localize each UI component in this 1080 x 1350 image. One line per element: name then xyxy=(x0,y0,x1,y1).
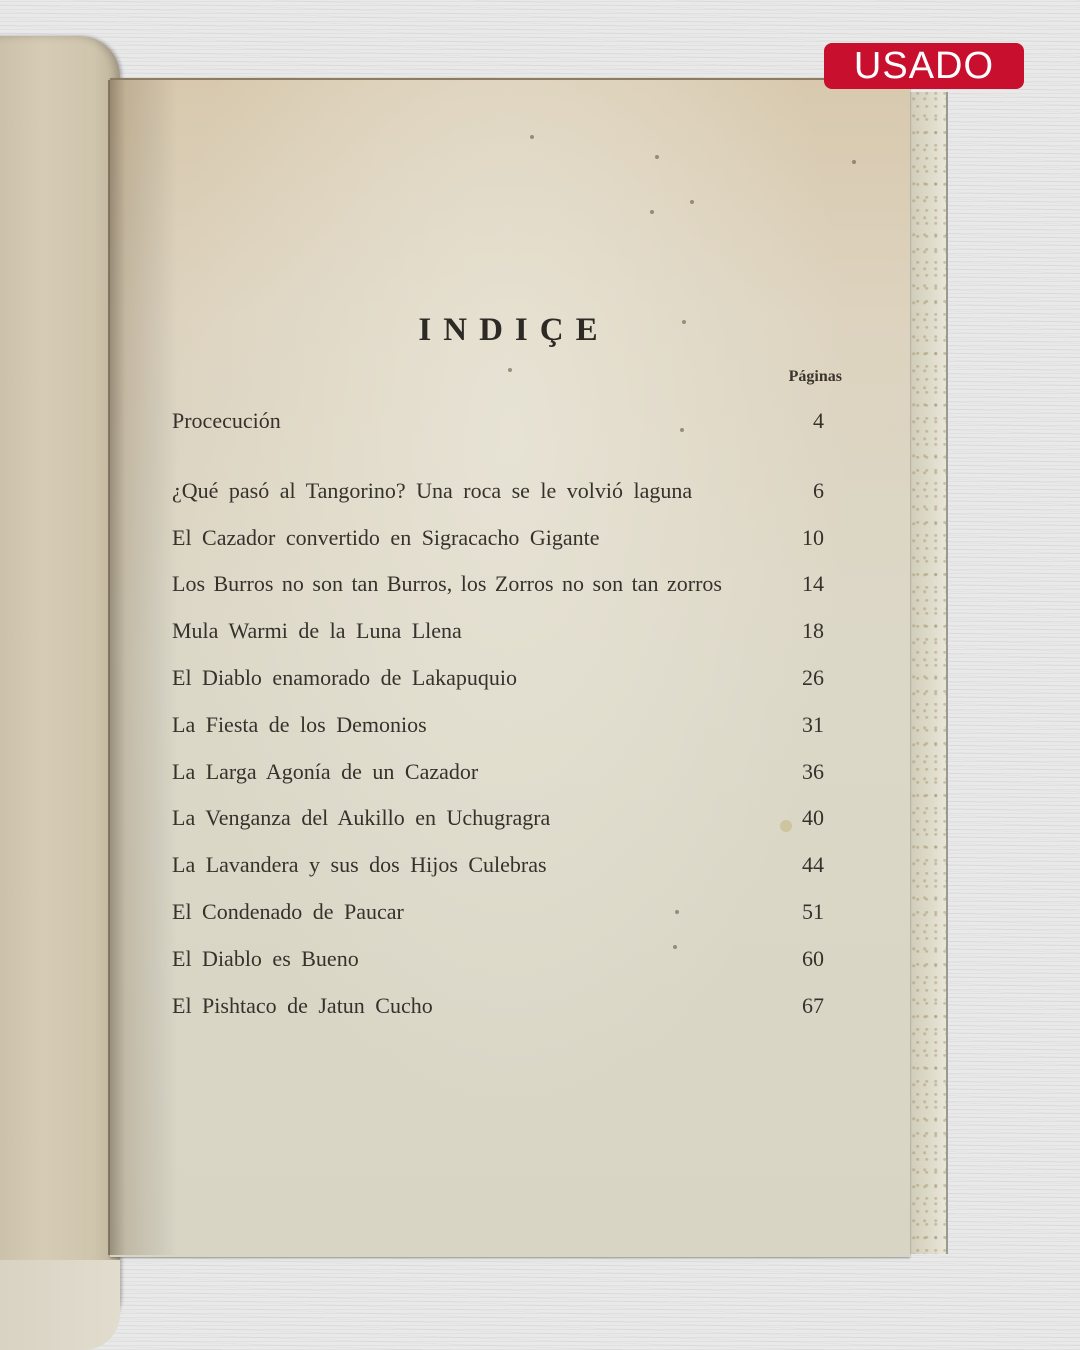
toc-entry-page: 51 xyxy=(802,899,824,925)
toc-entry: La Lavandera y sus dos Hijos Culebras 44 xyxy=(172,852,824,882)
toc-entry: La Venganza del Aukillo en Uchugragra 40 xyxy=(172,805,824,835)
toc-entry-title: La Larga Agonía de un Cazador xyxy=(172,759,478,785)
paper-speck xyxy=(673,945,677,949)
paper-speck xyxy=(508,368,512,372)
toc-entry-title: ¿Qué pasó al Tangorino? Una roca se le v… xyxy=(172,478,692,504)
toc-entry-page: 67 xyxy=(802,993,824,1019)
toc-entry-page: 14 xyxy=(802,571,824,597)
pages-column-header: Páginas xyxy=(789,368,842,386)
used-condition-badge: USADO xyxy=(824,43,1024,89)
left-page-bottom xyxy=(0,1260,120,1350)
toc-entry-title: El Pishtaco de Jatun Cucho xyxy=(172,993,433,1019)
toc-entry: El Pishtaco de Jatun Cucho 67 xyxy=(172,993,824,1023)
toc-entry: El Diablo enamorado de Lakapuquio 26 xyxy=(172,665,824,695)
toc-entry-title: El Cazador convertido en Sigracacho Giga… xyxy=(172,525,600,551)
toc-entry-title: Mula Warmi de la Luna Llena xyxy=(172,618,462,644)
left-page-curl xyxy=(0,36,120,1336)
cover-edge-strip xyxy=(905,92,948,1254)
paper-speck xyxy=(530,135,534,139)
toc-entry: La Larga Agonía de un Cazador 36 xyxy=(172,759,824,789)
toc-entry-title: Procecución xyxy=(172,408,281,434)
page-title: INDIÇE xyxy=(110,312,914,349)
toc-entry: El Cazador convertido en Sigracacho Giga… xyxy=(172,525,824,555)
toc-entry-page: 60 xyxy=(802,946,824,972)
paper-speck xyxy=(852,160,856,164)
paper-speck xyxy=(675,910,679,914)
paper-speck xyxy=(682,320,686,324)
toc-entry: Los Burros no son tan Burros, los Zorros… xyxy=(172,571,824,601)
toc-entry-title: La Lavandera y sus dos Hijos Culebras xyxy=(172,852,547,878)
toc-entry: El Diablo es Bueno 60 xyxy=(172,946,824,976)
toc-entry-title: La Venganza del Aukillo en Uchugragra xyxy=(172,805,550,831)
toc-entry-title: El Diablo enamorado de Lakapuquio xyxy=(172,665,517,691)
toc-entry-page: 4 xyxy=(813,408,824,434)
toc-entry-title: Los Burros no son tan Burros, los Zorros… xyxy=(172,571,722,597)
paper-stain xyxy=(780,820,792,832)
toc-entry-page: 26 xyxy=(802,665,824,691)
toc-entry-page: 31 xyxy=(802,712,824,738)
toc-entry: Mula Warmi de la Luna Llena 18 xyxy=(172,618,824,648)
toc-entry-title: El Diablo es Bueno xyxy=(172,946,359,972)
toc-entry: ¿Qué pasó al Tangorino? Una roca se le v… xyxy=(172,478,824,508)
paper-speck xyxy=(680,428,684,432)
toc-entry-page: 36 xyxy=(802,759,824,785)
paper-speck xyxy=(655,155,659,159)
toc-entry: El Condenado de Paucar 51 xyxy=(172,899,824,929)
book-page: INDIÇE Páginas Procecución 4 ¿Qué pasó a… xyxy=(110,78,910,1257)
toc-entry: La Fiesta de los Demonios 31 xyxy=(172,712,824,742)
toc-entry-page: 6 xyxy=(813,478,824,504)
toc-entry-page: 40 xyxy=(802,805,824,831)
toc-entry-page: 18 xyxy=(802,618,824,644)
toc-entry-page: 10 xyxy=(802,525,824,551)
toc-entry: Procecución 4 xyxy=(172,408,824,438)
paper-speck xyxy=(650,210,654,214)
toc-entry-title: La Fiesta de los Demonios xyxy=(172,712,427,738)
toc-entry-page: 44 xyxy=(802,852,824,878)
paper-speck xyxy=(690,200,694,204)
toc-entry-title: El Condenado de Paucar xyxy=(172,899,404,925)
